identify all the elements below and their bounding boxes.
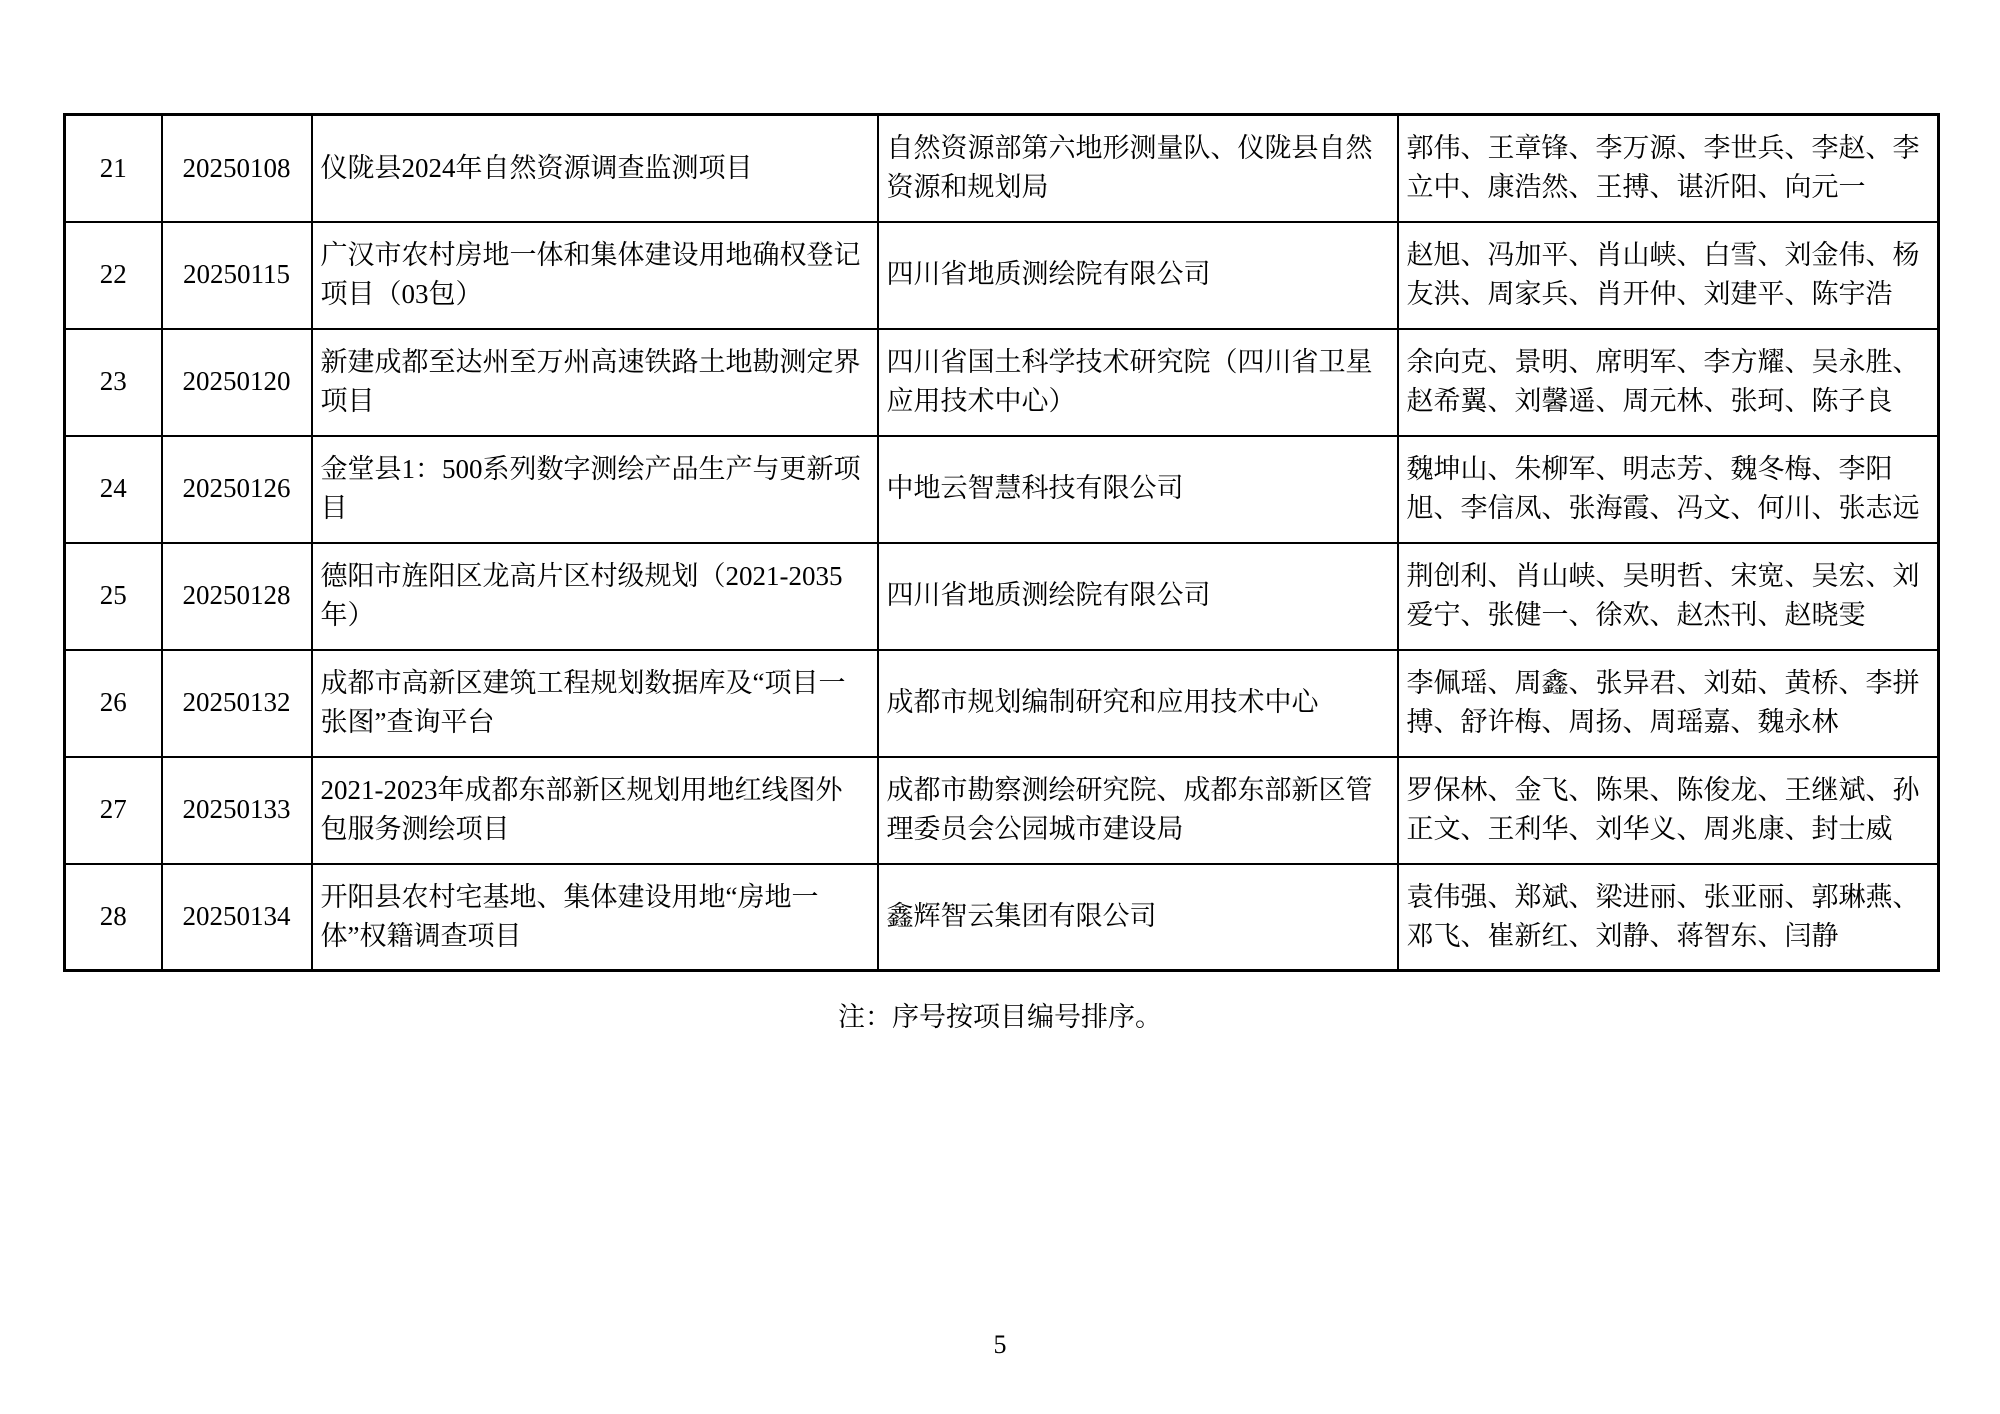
project-name: 成都市高新区建筑工程规划数据库及“项目一张图”查询平台	[312, 650, 878, 757]
page-number: 5	[0, 1330, 2000, 1360]
table-row: 23 20250120 新建成都至达州至万州高速铁路土地勘测定界项目 四川省国土…	[65, 329, 1939, 436]
project-code: 20250133	[162, 757, 312, 864]
table-row: 26 20250132 成都市高新区建筑工程规划数据库及“项目一张图”查询平台 …	[65, 650, 1939, 757]
table-row: 27 20250133 2021-2023年成都东部新区规划用地红线图外包服务测…	[65, 757, 1939, 864]
row-serial-number: 26	[65, 650, 162, 757]
project-code: 20250126	[162, 436, 312, 543]
organization-name: 四川省国土科学技术研究院（四川省卫星应用技术中心）	[878, 329, 1398, 436]
projects-table-body: 21 20250108 仪陇县2024年自然资源调查监测项目 自然资源部第六地形…	[65, 115, 1939, 971]
row-serial-number: 28	[65, 864, 162, 971]
row-serial-number: 24	[65, 436, 162, 543]
member-names: 李佩瑶、周鑫、张异君、刘茹、黄桥、李拼搏、舒许梅、周扬、周瑶嘉、魏永林	[1398, 650, 1939, 757]
project-code: 20250115	[162, 222, 312, 329]
member-names: 郭伟、王章锋、李万源、李世兵、李赵、李立中、康浩然、王搏、谌沂阳、向元一	[1398, 115, 1939, 222]
member-names: 袁伟强、郑斌、梁进丽、张亚丽、郭琳燕、邓飞、崔新红、刘静、蒋智东、闫静	[1398, 864, 1939, 971]
project-code: 20250128	[162, 543, 312, 650]
organization-name: 中地云智慧科技有限公司	[878, 436, 1398, 543]
table-row: 28 20250134 开阳县农村宅基地、集体建设用地“房地一体”权籍调查项目 …	[65, 864, 1939, 971]
project-name: 仪陇县2024年自然资源调查监测项目	[312, 115, 878, 222]
member-names: 荆创利、肖山峡、吴明哲、宋宽、吴宏、刘爱宁、张健一、徐欢、赵杰刊、赵晓雯	[1398, 543, 1939, 650]
row-serial-number: 27	[65, 757, 162, 864]
organization-name: 成都市勘察测绘研究院、成都东部新区管理委员会公园城市建设局	[878, 757, 1398, 864]
project-code: 20250108	[162, 115, 312, 222]
project-name: 新建成都至达州至万州高速铁路土地勘测定界项目	[312, 329, 878, 436]
project-name: 2021-2023年成都东部新区规划用地红线图外包服务测绘项目	[312, 757, 878, 864]
footnote: 注：序号按项目编号排序。	[0, 995, 2000, 1034]
table-row: 25 20250128 德阳市旌阳区龙高片区村级规划（2021-2035年） 四…	[65, 543, 1939, 650]
project-name: 开阳县农村宅基地、集体建设用地“房地一体”权籍调查项目	[312, 864, 878, 971]
table-row: 24 20250126 金堂县1：500系列数字测绘产品生产与更新项目 中地云智…	[65, 436, 1939, 543]
project-name: 广汉市农村房地一体和集体建设用地确权登记项目（03包）	[312, 222, 878, 329]
row-serial-number: 23	[65, 329, 162, 436]
organization-name: 鑫辉智云集团有限公司	[878, 864, 1398, 971]
organization-name: 四川省地质测绘院有限公司	[878, 543, 1398, 650]
table-row: 21 20250108 仪陇县2024年自然资源调查监测项目 自然资源部第六地形…	[65, 115, 1939, 222]
organization-name: 成都市规划编制研究和应用技术中心	[878, 650, 1398, 757]
member-names: 赵旭、冯加平、肖山峡、白雪、刘金伟、杨友洪、周家兵、肖开仲、刘建平、陈宇浩	[1398, 222, 1939, 329]
member-names: 魏坤山、朱柳军、明志芳、魏冬梅、李阳旭、李信凤、张海霞、冯文、何川、张志远	[1398, 436, 1939, 543]
project-name: 金堂县1：500系列数字测绘产品生产与更新项目	[312, 436, 878, 543]
organization-name: 四川省地质测绘院有限公司	[878, 222, 1398, 329]
table-row: 22 20250115 广汉市农村房地一体和集体建设用地确权登记项目（03包） …	[65, 222, 1939, 329]
project-code: 20250132	[162, 650, 312, 757]
organization-name: 自然资源部第六地形测量队、仪陇县自然资源和规划局	[878, 115, 1398, 222]
member-names: 罗保林、金飞、陈果、陈俊龙、王继斌、孙正文、王利华、刘华义、周兆康、封士威	[1398, 757, 1939, 864]
projects-table: 21 20250108 仪陇县2024年自然资源调查监测项目 自然资源部第六地形…	[63, 113, 1940, 972]
member-names: 余向克、景明、席明军、李方耀、吴永胜、赵希翼、刘馨遥、周元林、张珂、陈子良	[1398, 329, 1939, 436]
project-code: 20250120	[162, 329, 312, 436]
row-serial-number: 25	[65, 543, 162, 650]
project-name: 德阳市旌阳区龙高片区村级规划（2021-2035年）	[312, 543, 878, 650]
row-serial-number: 21	[65, 115, 162, 222]
row-serial-number: 22	[65, 222, 162, 329]
document-page: 21 20250108 仪陇县2024年自然资源调查监测项目 自然资源部第六地形…	[0, 0, 2000, 1414]
project-code: 20250134	[162, 864, 312, 971]
